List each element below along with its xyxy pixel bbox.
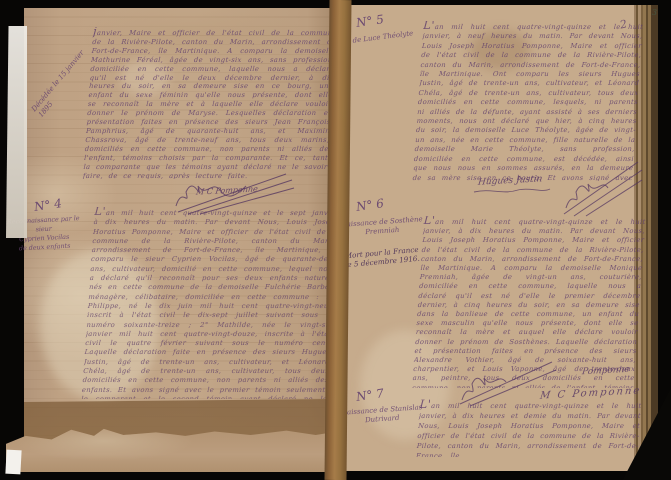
signature-underline-flourish <box>472 186 552 196</box>
tape-strip <box>6 26 27 238</box>
folio-corner-mark: 3 <box>652 8 657 17</box>
signature-paraphe <box>552 156 644 218</box>
paper-sliver <box>5 450 21 475</box>
act-3-text: janvier, Maire et officier de l'état civ… <box>83 27 338 179</box>
margin-note-line: Premniah <box>365 226 400 236</box>
manuscript-scan: Décédée le 15 janvier 1895 janvier, Mair… <box>0 0 671 480</box>
act-4-text: L'an mil huit cent quatre-vingt-quinze e… <box>81 207 340 399</box>
margin-note-line: Dutrivard <box>365 414 400 424</box>
act-7-text: L'an mil huit cent quatre-vingt-quinze e… <box>416 399 642 457</box>
margin-note-line: de deux enfants <box>19 242 71 253</box>
